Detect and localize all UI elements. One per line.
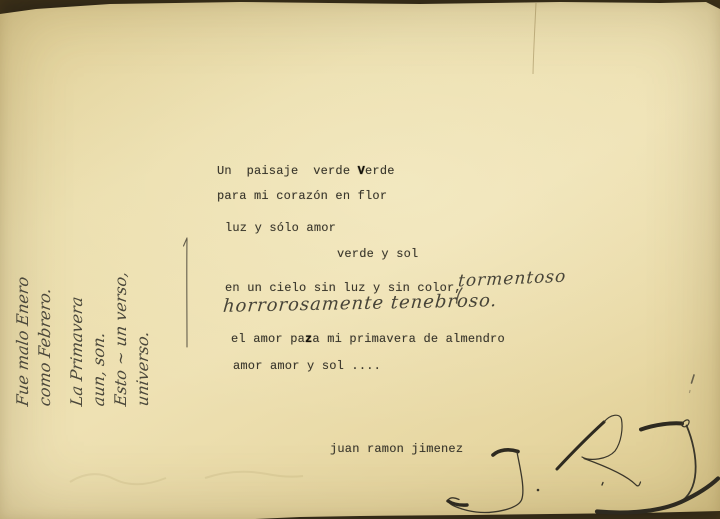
typed-line-2: para mi corazón en flor (217, 189, 387, 203)
typed-line-3: luz y sólo amor (225, 221, 336, 235)
typed-line-1: Un paisaje verde Verde (217, 164, 395, 178)
margin-note-line-3: La Primavera (66, 192, 88, 407)
typed-line-7: amor amor y sol .... (233, 359, 381, 373)
typed-line-4: verde y sol (337, 247, 418, 261)
margin-note-line-4: aun, son. (88, 192, 110, 407)
margin-note-line-6: universo. (132, 192, 154, 407)
margin-note-line-1: Fue malo Enero (12, 192, 34, 407)
overstrike-letter: V (358, 164, 365, 178)
typed-line-8: juan ramon jimenez (330, 442, 463, 456)
margin-note-line-2: como Febrero. (34, 192, 56, 407)
margin-note-line-5: Esto ~ un verso, (110, 192, 132, 407)
typed-line-6: el amor paza mi primavera de almendro (231, 332, 505, 346)
margin-note: Fue malo Enerocomo Febrero.La Primaveraa… (12, 194, 160, 406)
